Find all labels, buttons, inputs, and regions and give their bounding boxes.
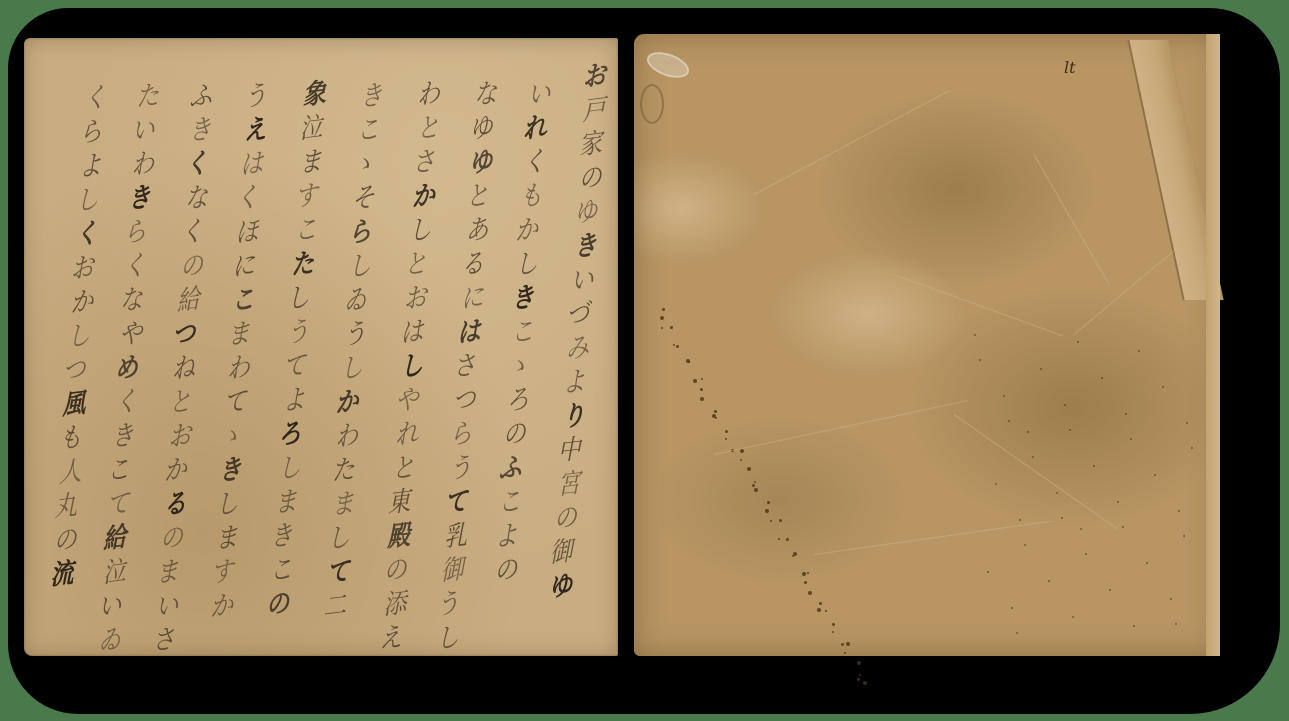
wormhole-dot xyxy=(693,379,697,383)
calligraphy-glyph: の xyxy=(180,249,204,286)
calligraphy-glyph: ま xyxy=(155,555,179,592)
calligraphy-glyph: く xyxy=(180,215,204,252)
calligraphy-glyph: し xyxy=(286,281,310,318)
calligraphy-glyph: き xyxy=(188,113,212,150)
calligraphy-glyph: ろ xyxy=(278,417,302,454)
speckle xyxy=(1138,350,1140,352)
calligraphy-glyph: み xyxy=(565,331,589,368)
calligraphy-glyph: そ xyxy=(351,181,375,218)
speckle xyxy=(1011,607,1013,609)
calligraphy-glyph: 中 xyxy=(557,433,581,470)
calligraphy-glyph: る xyxy=(461,247,485,284)
speckle xyxy=(1162,386,1164,388)
calligraphy-glyph: の xyxy=(159,521,183,558)
wormhole-dot xyxy=(754,488,758,492)
calligraphy-glyph: か xyxy=(70,285,94,322)
wormhole-dot xyxy=(701,378,703,380)
calligraphy-glyph: き xyxy=(359,79,383,116)
calligraphy-glyph: や xyxy=(119,317,143,354)
calligraphy-glyph: 風 xyxy=(62,387,86,424)
calligraphy-glyph: の xyxy=(502,417,526,454)
calligraphy-glyph: づ xyxy=(566,297,590,334)
paper-crease xyxy=(1074,251,1174,335)
calligraphy-glyph: か xyxy=(210,589,234,626)
wormhole-dot xyxy=(725,430,728,433)
calligraphy-glyph: た xyxy=(290,247,314,284)
calligraphy-glyph: か xyxy=(515,213,539,250)
calligraphy-glyph: く xyxy=(114,385,138,422)
wormhole-dot xyxy=(808,591,812,595)
speckle xyxy=(1133,625,1135,627)
wormhole-dot xyxy=(661,327,663,329)
calligraphy-glyph: 二 xyxy=(322,589,346,626)
calligraphy-glyph: の xyxy=(553,501,577,538)
calligraphy-glyph: わ xyxy=(226,351,250,388)
speckle xyxy=(987,571,989,573)
calligraphy-glyph: ゆ xyxy=(469,145,493,182)
calligraphy-glyph: ら xyxy=(448,417,472,454)
speckle xyxy=(1178,510,1180,512)
calligraphy-glyph: 添 xyxy=(383,587,407,624)
calligraphy-glyph: ゝ xyxy=(506,349,530,386)
calligraphy-glyph: は xyxy=(239,147,263,184)
calligraphy-glyph: や xyxy=(395,383,419,420)
calligraphy-glyph: こ xyxy=(294,213,318,250)
wormhole-dot xyxy=(807,572,809,574)
paper-crease xyxy=(954,414,1118,530)
speckle xyxy=(1016,632,1018,634)
calligraphy-glyph: は xyxy=(400,315,424,352)
wormhole-dot xyxy=(832,631,834,633)
calligraphy-glyph: と xyxy=(168,385,192,422)
calligraphy-glyph: く xyxy=(523,145,547,182)
wormhole-dot xyxy=(802,572,806,576)
wormhole-dot xyxy=(844,652,846,654)
calligraphy-glyph: え xyxy=(243,113,267,150)
speckle xyxy=(1085,553,1087,555)
calligraphy-glyph: く xyxy=(123,249,147,286)
paper-crease xyxy=(714,400,969,455)
wormhole-dot xyxy=(792,555,794,557)
calligraphy-glyph: す xyxy=(210,555,234,592)
speckle xyxy=(1122,526,1124,528)
calligraphy-glyph: て xyxy=(282,349,306,386)
calligraphy-glyph: し xyxy=(75,183,99,220)
calligraphy-glyph: ま xyxy=(227,317,251,354)
calligraphy-glyph: と xyxy=(391,451,415,488)
calligraphy-glyph: ま xyxy=(214,521,238,558)
speckle xyxy=(1183,535,1185,537)
calligraphy-glyph: の xyxy=(53,523,77,560)
wormhole-dot xyxy=(767,501,770,504)
wormhole-dot xyxy=(700,388,703,391)
calligraphy-glyph: も xyxy=(58,421,82,458)
calligraphy-glyph: ま xyxy=(298,145,322,182)
speckle xyxy=(1170,598,1172,600)
speckle xyxy=(1109,589,1111,591)
calligraphy-glyph: ら xyxy=(79,115,103,152)
calligraphy-glyph: 戸 xyxy=(582,93,606,130)
speckle xyxy=(1056,492,1058,494)
calligraphy-glyph: ゆ xyxy=(549,569,573,606)
calligraphy-glyph: 家 xyxy=(578,127,602,164)
speckle xyxy=(1048,580,1050,582)
calligraphy-glyph: ろ xyxy=(506,383,530,420)
speckle xyxy=(974,334,976,336)
wormhole-dot xyxy=(857,678,860,681)
calligraphy-glyph: て xyxy=(223,385,247,422)
calligraphy-glyph: よ xyxy=(79,149,103,186)
calligraphy-glyph: う xyxy=(343,317,367,354)
calligraphy-glyph: う xyxy=(436,587,460,624)
calligraphy-glyph: て xyxy=(444,485,468,522)
wormhole-dot xyxy=(752,484,755,487)
speckle xyxy=(1130,438,1132,440)
calligraphy-glyph: ゆ xyxy=(469,111,493,148)
calligraphy-glyph: い xyxy=(570,263,594,300)
calligraphy-glyph: 流 xyxy=(50,557,74,594)
calligraphy-glyph: し xyxy=(347,249,371,286)
wormhole-dot xyxy=(715,417,717,419)
calligraphy-glyph: し xyxy=(339,351,363,388)
calligraphy-glyph: き xyxy=(127,181,151,218)
speckle xyxy=(1008,420,1010,422)
corner-ink-mark: lt xyxy=(1064,58,1076,77)
calligraphy-glyph: つ xyxy=(172,317,196,354)
calligraphy-glyph: く xyxy=(83,81,107,118)
water-ring-stain xyxy=(640,84,664,124)
calligraphy-glyph: い xyxy=(155,589,179,626)
calligraphy-glyph: き xyxy=(110,419,134,456)
calligraphy-glyph: の xyxy=(578,161,602,198)
speckle xyxy=(1069,429,1071,431)
speckle xyxy=(1125,413,1127,415)
calligraphy-glyph: こ xyxy=(510,315,534,352)
calligraphy-glyph: し xyxy=(214,487,238,524)
wormhole-dot xyxy=(688,361,690,363)
speckle xyxy=(1175,623,1177,625)
calligraphy-glyph: つ xyxy=(452,383,476,420)
calligraphy-glyph: か xyxy=(412,179,436,216)
calligraphy-glyph: い xyxy=(527,77,551,114)
wormhole-dot xyxy=(660,316,664,320)
calligraphy-glyph: よ xyxy=(282,383,306,420)
calligraphy-glyph: お xyxy=(167,419,191,456)
calligraphy-glyph: 丸 xyxy=(54,489,78,526)
calligraphy-glyph: に xyxy=(460,281,484,318)
calligraphy-glyph: さ xyxy=(453,349,477,386)
speckle xyxy=(1101,377,1103,379)
calligraphy-glyph: ま xyxy=(273,485,297,522)
calligraphy-glyph: か xyxy=(164,453,188,490)
calligraphy-glyph: 宮 xyxy=(557,467,581,504)
speckle xyxy=(1072,616,1074,618)
wormhole-dot xyxy=(819,602,822,605)
calligraphy-glyph: て xyxy=(106,487,130,524)
calligraphy-glyph: の xyxy=(383,553,407,590)
calligraphy-glyph: ゝ xyxy=(219,419,243,456)
speckle xyxy=(1019,519,1021,521)
calligraphy-glyph: と xyxy=(416,111,440,148)
calligraphy-glyph: ほ xyxy=(235,215,259,252)
calligraphy-glyph: た xyxy=(331,453,355,490)
speckle xyxy=(1040,368,1042,370)
calligraphy-glyph: た xyxy=(135,79,159,116)
wormhole-dot xyxy=(786,538,789,541)
calligraphy-glyph: し xyxy=(514,247,538,284)
calligraphy-glyph: つ xyxy=(62,353,86,390)
calligraphy-glyph: お xyxy=(582,59,606,96)
wormhole-dot xyxy=(857,661,861,665)
wormhole-dot xyxy=(673,344,675,346)
speckle xyxy=(1117,501,1119,503)
calligraphy-glyph: お xyxy=(70,251,94,288)
calligraphy-glyph: え xyxy=(379,621,403,658)
wormhole-dot xyxy=(670,326,673,329)
speckle xyxy=(1032,456,1034,458)
speckle xyxy=(1024,544,1026,546)
wormhole-dot xyxy=(740,459,742,461)
page-edge xyxy=(1206,34,1220,656)
worn-patch xyxy=(644,47,693,83)
speckle xyxy=(1191,447,1193,449)
calligraphy-glyph: 泣 xyxy=(102,555,126,592)
calligraphy-glyph: 人 xyxy=(58,455,82,492)
calligraphy-glyph: さ xyxy=(151,623,175,660)
speckle xyxy=(979,359,981,361)
calligraphy-glyph: な xyxy=(184,181,208,218)
speckle xyxy=(1093,465,1095,467)
calligraphy-glyph: く xyxy=(74,217,98,254)
calligraphy-glyph: も xyxy=(519,179,543,216)
calligraphy-glyph: わ xyxy=(416,77,440,114)
calligraphy-glyph: め xyxy=(115,351,139,388)
wormhole-dot xyxy=(825,610,827,612)
calligraphy-glyph: さ xyxy=(412,145,436,182)
paper-crease xyxy=(1034,154,1110,284)
calligraphy-glyph: は xyxy=(457,315,481,352)
calligraphy-glyph: き xyxy=(218,453,242,490)
calligraphy-glyph: こ xyxy=(107,453,131,490)
calligraphy-glyph: ま xyxy=(330,487,354,524)
calligraphy-glyph: の xyxy=(265,587,289,624)
calligraphy-glyph: ね xyxy=(172,351,196,388)
stained-cover-page: lt xyxy=(634,34,1220,656)
wormhole-dot xyxy=(770,520,772,522)
calligraphy-glyph: ゐ xyxy=(98,623,122,660)
calligraphy-glyph: 乳 xyxy=(444,519,468,556)
calligraphy-glyph: と xyxy=(404,247,428,284)
wormhole-dot xyxy=(832,623,835,626)
paper-crease xyxy=(894,274,1063,337)
speckle xyxy=(1003,395,1005,397)
calligraphy-glyph: く xyxy=(235,181,259,218)
speckle xyxy=(995,483,997,485)
calligraphy-glyph: す xyxy=(294,179,318,216)
calligraphy-glyph: い xyxy=(98,589,122,626)
speckle xyxy=(1146,562,1148,564)
paper-crease xyxy=(754,91,949,195)
calligraphy-glyph: 象 xyxy=(302,77,326,114)
calligraphy-glyph: 給 xyxy=(102,521,126,558)
calligraphy-glyph: に xyxy=(231,249,255,286)
calligraphy-glyph: 御 xyxy=(440,553,464,590)
calligraphy-glyph: 給 xyxy=(176,283,200,320)
calligraphy-glyph: こ xyxy=(231,283,255,320)
calligraphy-glyph: ゐ xyxy=(343,283,367,320)
calligraphy-glyph: あ xyxy=(465,213,489,250)
calligraphy-glyph: て xyxy=(326,555,350,592)
calligraphy-glyph: 殿 xyxy=(387,519,411,556)
calligraphy-glyph: ら xyxy=(123,215,147,252)
calligraphy-glyph: れ xyxy=(395,417,419,454)
wormhole-dot xyxy=(793,552,797,556)
calligraphy-glyph: よ xyxy=(562,365,586,402)
calligraphy-glyph: る xyxy=(163,487,187,524)
calligraphy-glyph: ふ xyxy=(498,451,522,488)
calligraphy-glyph: う xyxy=(243,79,267,116)
wormhole-dot xyxy=(725,438,727,440)
calligraphy-glyph: ゝ xyxy=(352,147,376,184)
wormhole-dot xyxy=(846,642,850,646)
calligraphy-page: お戸家のゆきいづみより中宮の御ゆいれくもかしきこゝろのふこよのなゆゆとあるにはさ… xyxy=(24,38,618,656)
wormhole-dot xyxy=(841,643,844,646)
wormhole-dot xyxy=(747,467,751,471)
speckle xyxy=(1027,431,1029,433)
wormhole-dot xyxy=(863,681,867,685)
calligraphy-glyph: き xyxy=(574,229,598,266)
calligraphy-glyph: う xyxy=(448,451,472,488)
calligraphy-glyph: わ xyxy=(131,147,155,184)
calligraphy-glyph: な xyxy=(119,283,143,320)
speckle xyxy=(1061,517,1063,519)
calligraphy-glyph: き xyxy=(511,281,535,318)
calligraphy-glyph: こ xyxy=(498,485,522,522)
calligraphy-glyph: う xyxy=(286,315,310,352)
calligraphy-glyph: 泣 xyxy=(299,111,323,148)
calligraphy-glyph: し xyxy=(436,621,460,658)
calligraphy-glyph: か xyxy=(335,385,359,422)
wormhole-dot xyxy=(700,397,704,401)
speckle xyxy=(1077,341,1079,343)
wormhole-dot xyxy=(817,608,821,612)
calligraphy-glyph: し xyxy=(66,319,90,356)
calligraphy-glyph: ふ xyxy=(189,79,213,116)
calligraphy-glyph: き xyxy=(270,519,294,556)
calligraphy-glyph: 東 xyxy=(387,485,411,522)
calligraphy-glyph: な xyxy=(473,77,497,114)
calligraphy-glyph: い xyxy=(131,113,155,150)
speckle xyxy=(1080,528,1082,530)
wormhole-dot xyxy=(778,538,780,540)
wormhole-dot xyxy=(676,345,679,348)
speckle xyxy=(1154,474,1156,476)
calligraphy-glyph: よ xyxy=(494,519,518,556)
calligraphy-glyph: し xyxy=(327,521,351,558)
calligraphy-glyph: 御 xyxy=(549,535,573,572)
calligraphy-glyph: こ xyxy=(269,553,293,590)
calligraphy-glyph: く xyxy=(184,147,208,184)
calligraphy-glyph: こ xyxy=(356,113,380,150)
calligraphy-glyph: れ xyxy=(523,111,547,148)
paper-crease xyxy=(814,521,1052,555)
calligraphy-glyph: ゆ xyxy=(574,195,598,232)
calligraphy-glyph: の xyxy=(494,553,518,590)
wormhole-dot xyxy=(779,519,782,522)
calligraphy-glyph: と xyxy=(465,179,489,216)
wormhole-dot xyxy=(765,509,769,513)
calligraphy-glyph: り xyxy=(561,399,585,436)
speckle xyxy=(1186,422,1188,424)
calligraphy-glyph: お xyxy=(403,281,427,318)
wormhole-dot xyxy=(714,410,717,413)
calligraphy-glyph: ら xyxy=(347,215,371,252)
calligraphy-glyph: し xyxy=(399,349,423,386)
wormhole-dot xyxy=(662,308,665,311)
calligraphy-glyph: わ xyxy=(335,419,359,456)
wormhole-dot xyxy=(804,581,807,584)
wormhole-dot xyxy=(754,481,756,483)
calligraphy-glyph: し xyxy=(408,213,432,250)
calligraphy-glyph: し xyxy=(277,451,301,488)
wormhole-dot xyxy=(859,674,861,676)
speckle xyxy=(1064,404,1066,406)
